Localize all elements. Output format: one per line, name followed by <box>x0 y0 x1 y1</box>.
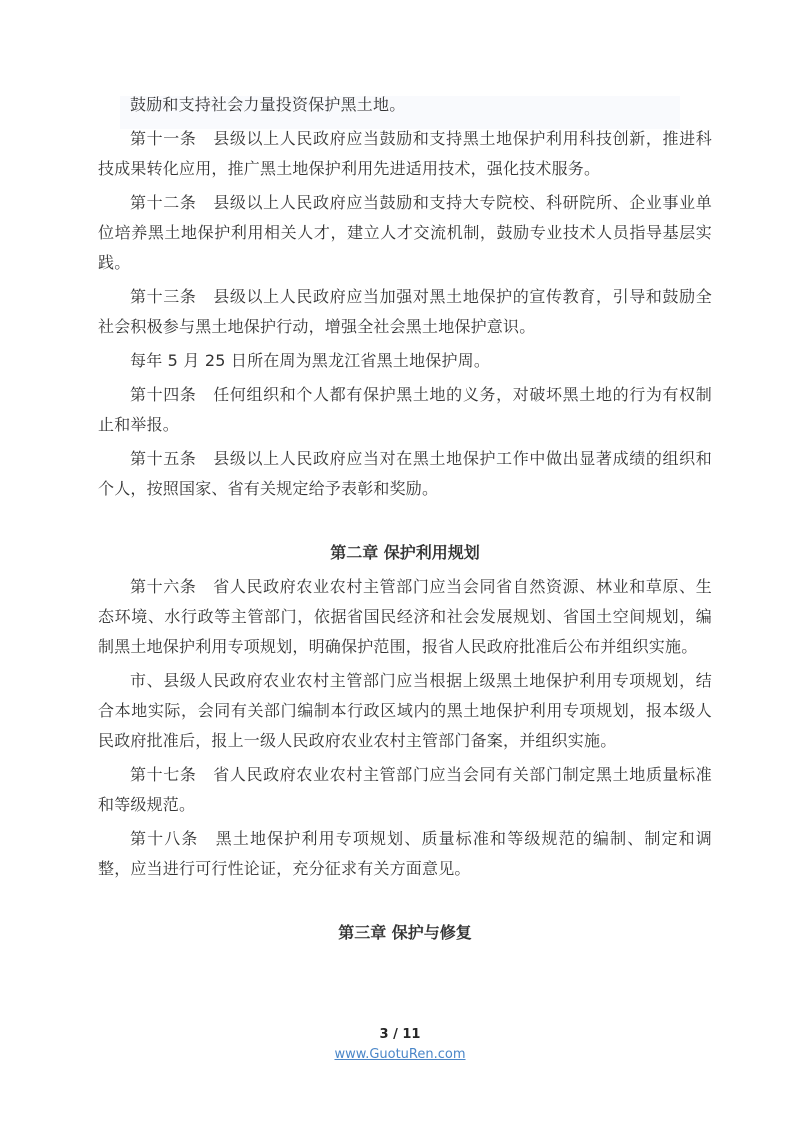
paragraph: 第十四条 任何组织和个人都有保护黑土地的义务，对破坏黑土地的行为有权制止和举报。 <box>98 380 712 440</box>
footer-website-link[interactable]: www.GuotuRen.com <box>334 1046 465 1063</box>
chapter-heading: 第三章 保护与修复 <box>98 918 712 948</box>
page-number-indicator: 3 / 11 <box>0 1026 800 1043</box>
paragraph: 第十六条 省人民政府农业农村主管部门应当会同省自然资源、林业和草原、生态环境、水… <box>98 572 712 662</box>
paragraph: 第十三条 县级以上人民政府应当加强对黑土地保护的宣传教育，引导和鼓励全社会积极参… <box>98 282 712 342</box>
chapter-heading: 第二章 保护利用规划 <box>98 538 712 568</box>
paragraph: 第十二条 县级以上人民政府应当鼓励和支持大专院校、科研院所、企业事业单位培养黑土… <box>98 188 712 278</box>
paragraph: 第十五条 县级以上人民政府应当对在黑土地保护工作中做出显著成绩的组织和个人，按照… <box>98 444 712 504</box>
paragraph: 第十八条 黑土地保护利用专项规划、质量标准和等级规范的编制、制定和调整，应当进行… <box>98 824 712 884</box>
paragraph: 第十七条 省人民政府农业农村主管部门应当会同有关部门制定黑土地质量标准和等级规范… <box>98 760 712 820</box>
paragraph: 市、县级人民政府农业农村主管部门应当根据上级黑土地保护利用专项规划，结合本地实际… <box>98 666 712 756</box>
paragraph: 第十一条 县级以上人民政府应当鼓励和支持黑土地保护利用科技创新，推进科技成果转化… <box>98 124 712 184</box>
paragraph: 鼓励和支持社会力量投资保护黑土地。 <box>98 90 712 120</box>
document-body: 鼓励和支持社会力量投资保护黑土地。第十一条 县级以上人民政府应当鼓励和支持黑土地… <box>98 90 712 952</box>
paragraph: 每年 5 月 25 日所在周为黑龙江省黑土地保护周。 <box>98 346 712 376</box>
page-footer: 3 / 11 www.GuotuRen.com <box>0 1026 800 1063</box>
